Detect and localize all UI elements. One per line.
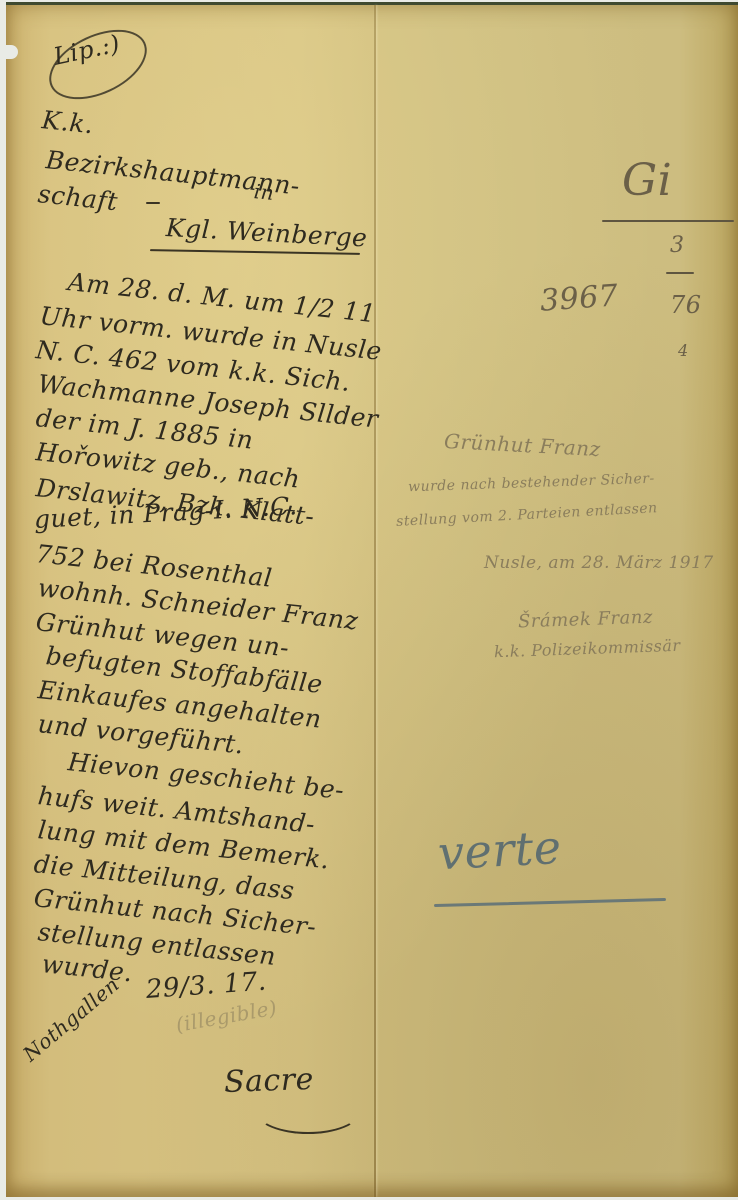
note-signature: Šrámek Franz [518, 607, 654, 633]
note-line-4: Nusle, am 28. März 1917 [484, 553, 714, 573]
addressee-line-1: K.k. [40, 105, 94, 139]
fraction-top: 3 [670, 233, 685, 258]
fraction-bar [666, 272, 694, 274]
note-line-2: wurde nach bestehender Sicher- [408, 471, 655, 496]
note-line-3: stellung vom 2. Parteien entlassen [396, 500, 658, 530]
signature-left: Nothgallen [18, 972, 124, 1066]
closing-line-7: wurde. [40, 949, 134, 987]
dash-mark [146, 202, 160, 204]
addressee-line-4: Kgl. Weinberge [165, 213, 368, 253]
fraction-extra: 4 [678, 341, 689, 360]
addressee-in: in [253, 179, 276, 205]
addressee-line-3: schaft [36, 179, 119, 216]
verte-mark: verte [437, 820, 563, 880]
fold-line [374, 5, 376, 1197]
registry-mark: Gi [622, 155, 672, 206]
fraction-bottom: 76 [670, 291, 702, 319]
document-page: Lip.:) K.k. Bezirkshauptmann- schaft in … [6, 2, 738, 1197]
verte-underline [434, 898, 666, 907]
signature-flourish [256, 1090, 360, 1134]
note-line-1: Grünhut Franz [443, 429, 601, 461]
torn-edge [6, 45, 18, 59]
registry-underline [602, 220, 734, 222]
file-number: 3967 [539, 278, 620, 318]
margin-mark-loop [38, 16, 157, 113]
note-title: k.k. Polizeikommissär [494, 636, 681, 661]
